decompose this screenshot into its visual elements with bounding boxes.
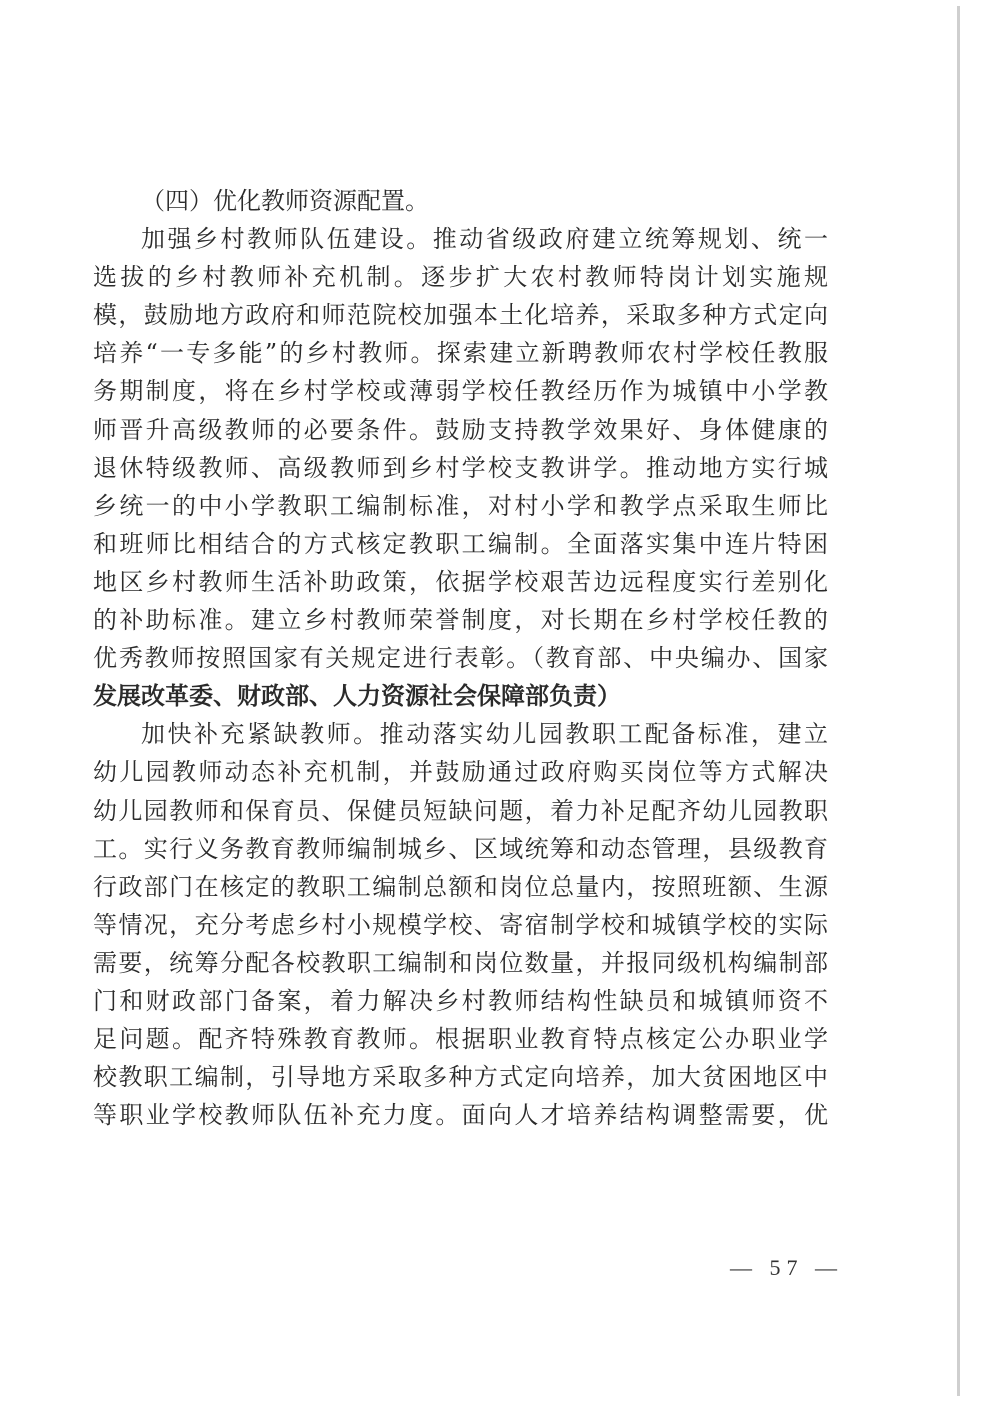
section-heading: （四）优化教师资源配置。: [93, 182, 828, 220]
paragraph-line: 加强乡村教师队伍建设。推动省级政府建立统筹规划、统一: [93, 220, 828, 258]
paragraph-line: 退休特级教师、高级教师到乡村学校支教讲学。推动地方实行城: [93, 449, 828, 487]
paragraph-line: 门和财政部门备案，着力解决乡村教师结构性缺员和城镇师资不: [93, 982, 828, 1020]
paragraph-line: 地区乡村教师生活补助政策，依据学校艰苦边远程度实行差别化: [93, 563, 828, 601]
paragraph-line: 工。实行义务教育教师编制城乡、区域统筹和动态管理，县级教育: [93, 830, 828, 868]
paragraph-line: 行政部门在核定的教职工编制总额和岗位总量内，按照班额、生源: [93, 868, 828, 906]
paragraph-line: 培养“一专多能”的乡村教师。探索建立新聘教师农村学校任教服: [93, 334, 828, 372]
paragraph-line: 足问题。配齐特殊教育教师。根据职业教育特点核定公办职业学: [93, 1020, 828, 1058]
paragraph-line: 等情况，充分考虑乡村小规模学校、寄宿制学校和城镇学校的实际: [93, 906, 828, 944]
scan-edge-line: [957, 6, 960, 1396]
responsible-departments: 发展改革委、财政部、人力资源社会保障部负责）: [93, 677, 828, 715]
document-page: （四）优化教师资源配置。 加强乡村教师队伍建设。推动省级政府建立统筹规划、统一 …: [0, 0, 992, 1402]
paragraph-line: 选拔的乡村教师补充机制。逐步扩大农村教师特岗计划实施规: [93, 258, 828, 296]
paragraph-line: 和班师比相结合的方式核定教职工编制。全面落实集中连片特困: [93, 525, 828, 563]
paragraph-line: 模，鼓励地方政府和师范院校加强本土化培养，采取多种方式定向: [93, 296, 828, 334]
paragraph-line: 幼儿园教师动态补充机制，并鼓励通过政府购买岗位等方式解决: [93, 753, 828, 791]
paragraph-line: 师晋升高级教师的必要条件。鼓励支持教学效果好、身体健康的: [93, 411, 828, 449]
paragraph-line: 的补助标准。建立乡村教师荣誉制度，对长期在乡村学校任教的: [93, 601, 828, 639]
body-text: （四）优化教师资源配置。 加强乡村教师队伍建设。推动省级政府建立统筹规划、统一 …: [93, 182, 828, 1134]
paragraph-line: 务期制度，将在乡村学校或薄弱学校任教经历作为城镇中小学教: [93, 372, 828, 410]
paragraph-line: 加快补充紧缺教师。推动落实幼儿园教职工配备标准，建立: [93, 715, 828, 753]
paragraph-line: 优秀教师按照国家有关规定进行表彰。（教育部、中央编办、国家: [93, 639, 828, 677]
paragraph-line: 需要，统筹分配各校教职工编制和岗位数量，并报同级机构编制部: [93, 944, 828, 982]
paragraph-line: 等职业学校教师队伍补充力度。面向人才培养结构调整需要，优: [93, 1096, 828, 1134]
page-number: — 57 —: [730, 1255, 843, 1281]
paragraph-line: 乡统一的中小学教职工编制标准，对村小学和教学点采取生师比: [93, 487, 828, 525]
paragraph-line: 校教职工编制，引导地方采取多种方式定向培养，加大贫困地区中: [93, 1058, 828, 1096]
paragraph-line: 幼儿园教师和保育员、保健员短缺问题，着力补足配齐幼儿园教职: [93, 792, 828, 830]
